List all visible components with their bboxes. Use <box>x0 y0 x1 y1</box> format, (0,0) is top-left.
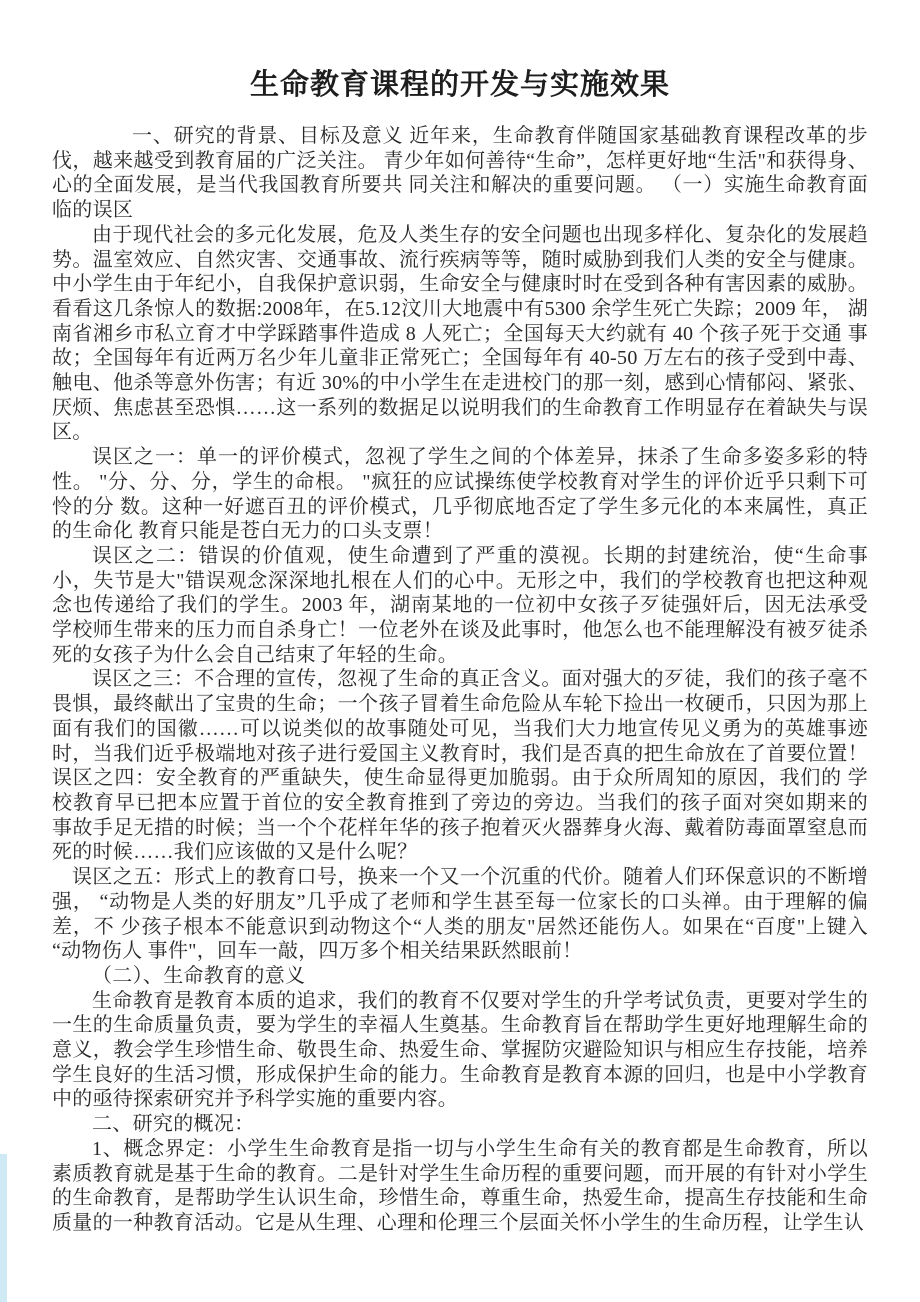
paragraph-misconception-1: 误区之一：单一的评价模式，忽视了学生之间的个体差异，抹杀了生命多姿多彩的特性。 … <box>52 445 868 544</box>
paragraph-misconception-5: 误区之五：形式上的教育口号，换来一个又一个沉重的代价。随着人们环保意识的不断增强… <box>52 865 868 964</box>
paragraph-meaning-body: 生命教育是教育本质的追求，我们的教育不仅要对学生的升学考试负责，更要对学生的一生… <box>52 989 868 1113</box>
paragraph-misconception-2: 误区之二：错误的价值观，使生命遭到了严重的漠视。长期的封建统治，使“生命事小，失… <box>52 544 868 668</box>
paragraph-background: 由于现代社会的多元化发展，危及人类生存的安全问题也出现多样化、复杂化的发展趋势。… <box>52 223 868 445</box>
paragraph-concept-definition: 1、概念界定：小学生生命教育是指一切与小学生生命有关的教育都是生命教育，所以素质… <box>52 1137 868 1236</box>
paragraph-overview-heading: 二、研究的概况： <box>52 1112 868 1137</box>
document-page: 生命教育课程的开发与实施效果 一、研究的背景、目标及意义 近年来，生命教育伴随国… <box>0 0 920 1302</box>
page-title: 生命教育课程的开发与实施效果 <box>52 62 868 103</box>
paragraph-intro: 一、研究的背景、目标及意义 近年来，生命教育伴随国家基础教育课程改革的步伐，越来… <box>52 124 868 223</box>
document-body: 一、研究的背景、目标及意义 近年来，生命教育伴随国家基础教育课程改革的步伐，越来… <box>52 124 868 1236</box>
paragraph-meaning-heading: （二）、生命教育的意义 <box>52 964 868 989</box>
document-window: { "doc": { "title": "生命教育课程的开发与实施效果", "p… <box>0 0 920 1302</box>
paragraph-misconception-3-4: 误区之三：不合理的宣传，忽视了生命的真正含义。面对强大的歹徒，我们的孩子毫不畏惧… <box>52 667 868 865</box>
page-edge-accent <box>0 1154 7 1302</box>
